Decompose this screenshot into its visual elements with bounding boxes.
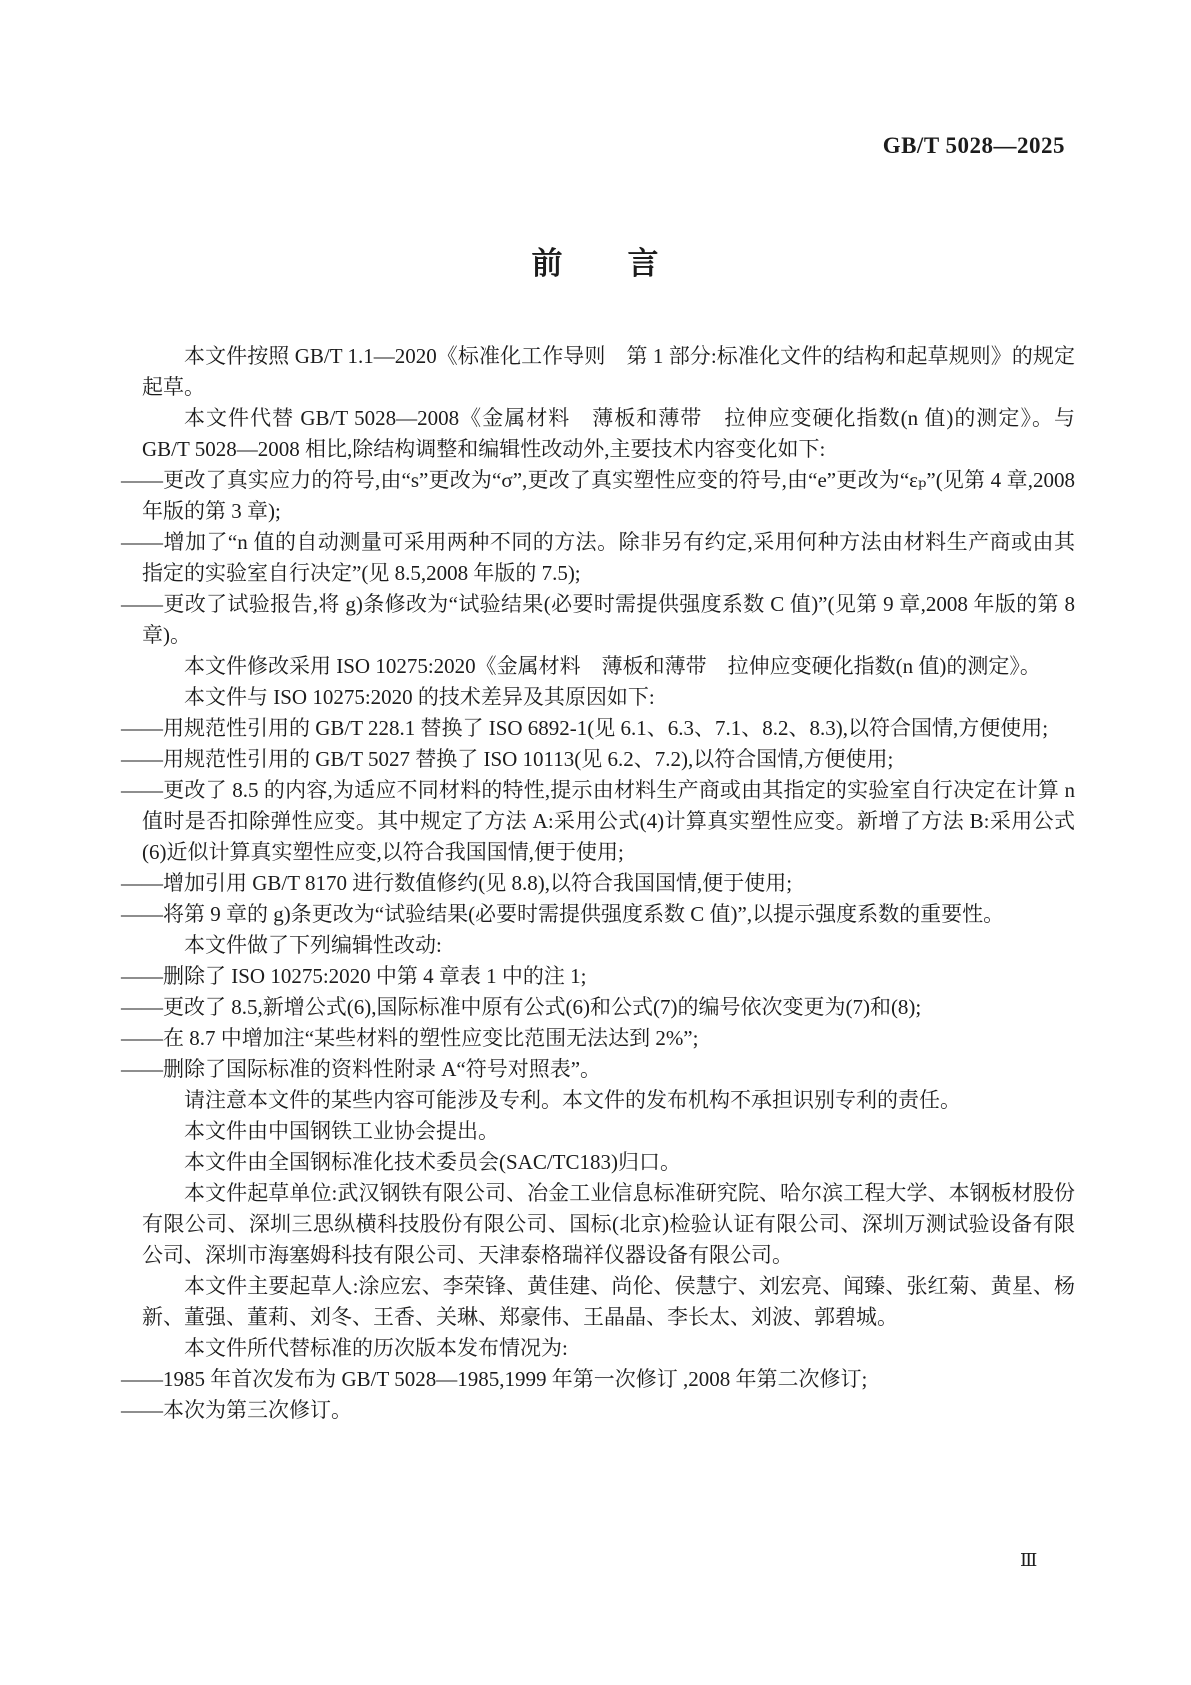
body-paragraph: 本文件由中国钢铁工业协会提出。 bbox=[142, 1116, 1075, 1147]
page-number: Ⅲ bbox=[1020, 1550, 1038, 1571]
body-paragraph: 请注意本文件的某些内容可能涉及专利。本文件的发布机构不承担识别专利的责任。 bbox=[142, 1085, 1075, 1116]
dash-list-item: ——删除了国际标准的资料性附录 A“符号对照表”。 bbox=[142, 1054, 1075, 1085]
dash-list-item: ——更改了试验报告,将 g)条修改为“试验结果(必要时需提供强度系数 C 值)”… bbox=[142, 589, 1075, 651]
dash-list-item: ——用规范性引用的 GB/T 5027 替换了 ISO 10113(见 6.2、… bbox=[142, 744, 1075, 775]
dash-list-item: ——1985 年首次发布为 GB/T 5028—1985,1999 年第一次修订… bbox=[142, 1364, 1075, 1395]
body-paragraph: 本文件主要起草人:涂应宏、李荣锋、黄佳建、尚伦、侯慧宁、刘宏亮、闻臻、张红菊、黄… bbox=[142, 1271, 1075, 1333]
page-title: 前 言 bbox=[0, 238, 1191, 283]
dash-list-item: ——本次为第三次修订。 bbox=[142, 1395, 1075, 1426]
dash-list-item: ——增加引用 GB/T 8170 进行数值修约(见 8.8),以符合我国国情,便… bbox=[142, 868, 1075, 899]
document-page: GB/T 5028—2025 前 言 本文件按照 GB/T 1.1—2020《标… bbox=[0, 0, 1191, 1685]
dash-list-item: ——删除了 ISO 10275:2020 中第 4 章表 1 中的注 1; bbox=[142, 961, 1075, 992]
foreword-body: 本文件按照 GB/T 1.1—2020《标准化工作导则 第 1 部分:标准化文件… bbox=[142, 341, 1075, 1426]
body-paragraph: 本文件代替 GB/T 5028—2008《金属材料 薄板和薄带 拉伸应变硬化指数… bbox=[142, 403, 1075, 465]
dash-list-item: ——更改了真实应力的符号,由“s”更改为“σ”,更改了真实塑性应变的符号,由“e… bbox=[142, 465, 1075, 527]
body-paragraph: 本文件与 ISO 10275:2020 的技术差异及其原因如下: bbox=[142, 682, 1075, 713]
dash-list-item: ——在 8.7 中增加注“某些材料的塑性应变比范围无法达到 2%”; bbox=[142, 1023, 1075, 1054]
body-paragraph: 本文件按照 GB/T 1.1—2020《标准化工作导则 第 1 部分:标准化文件… bbox=[142, 341, 1075, 403]
dash-list-item: ——用规范性引用的 GB/T 228.1 替换了 ISO 6892-1(见 6.… bbox=[142, 713, 1075, 744]
body-paragraph: 本文件由全国钢标准化技术委员会(SAC/TC183)归口。 bbox=[142, 1147, 1075, 1178]
dash-list-item: ——更改了 8.5,新增公式(6),国际标准中原有公式(6)和公式(7)的编号依… bbox=[142, 992, 1075, 1023]
document-code: GB/T 5028—2025 bbox=[883, 133, 1065, 159]
body-paragraph: 本文件做了下列编辑性改动: bbox=[142, 930, 1075, 961]
body-paragraph: 本文件起草单位:武汉钢铁有限公司、冶金工业信息标准研究院、哈尔滨工程大学、本钢板… bbox=[142, 1178, 1075, 1271]
dash-list-item: ——更改了 8.5 的内容,为适应不同材料的特性,提示由材料生产商或由其指定的实… bbox=[142, 775, 1075, 868]
dash-list-item: ——增加了“n 值的自动测量可采用两种不同的方法。除非另有约定,采用何种方法由材… bbox=[142, 527, 1075, 589]
dash-list-item: ——将第 9 章的 g)条更改为“试验结果(必要时需提供强度系数 C 值)”,以… bbox=[142, 899, 1075, 930]
body-paragraph: 本文件修改采用 ISO 10275:2020《金属材料 薄板和薄带 拉伸应变硬化… bbox=[142, 651, 1075, 682]
body-paragraph: 本文件所代替标准的历次版本发布情况为: bbox=[142, 1333, 1075, 1364]
